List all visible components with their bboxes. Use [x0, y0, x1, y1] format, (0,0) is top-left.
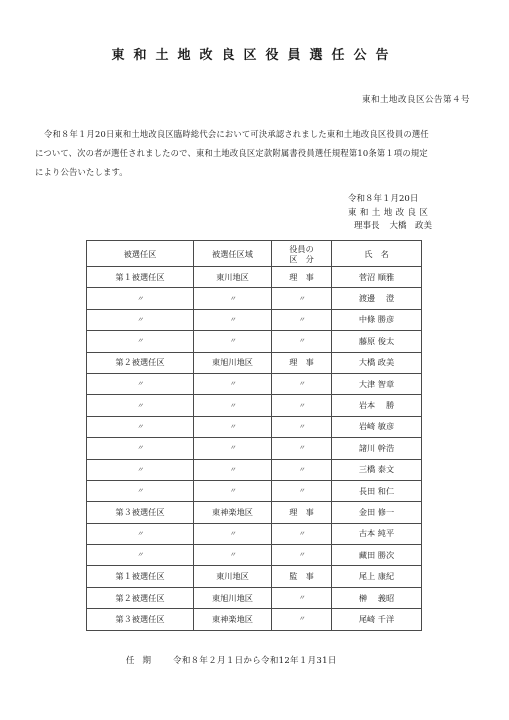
cell-name: 岩崎 敏彦	[332, 416, 422, 437]
cell-role: 監 事	[272, 566, 332, 587]
document-title: 東和土地改良区役員選任公告	[0, 44, 509, 63]
cell-area: 〃	[194, 373, 272, 394]
cell-area: 東旭川地区	[194, 352, 272, 373]
cell-role: 〃	[272, 309, 332, 330]
signature-date: 令和８年１月20日	[348, 193, 442, 207]
cell-role: 〃	[272, 459, 332, 480]
table-row: 第３被選任区東神楽地区〃尾崎 千洋	[87, 609, 422, 630]
cell-area: 〃	[194, 438, 272, 459]
cell-district: 〃	[87, 416, 194, 437]
signature-block: 令和８年１月20日 東和土地改良区 理事長大橋 政美	[348, 193, 442, 234]
term-value: 令和８年２月１日から令和12年１月31日	[173, 656, 337, 666]
cell-name: 菅沼 順雅	[332, 267, 422, 288]
header-district: 被選任区	[87, 241, 194, 267]
cell-role: 〃	[272, 609, 332, 630]
cell-name: 中條 勝彦	[332, 309, 422, 330]
cell-name: 藤原 俊太	[332, 331, 422, 352]
cell-role: 〃	[272, 373, 332, 394]
table-row: 〃〃〃大津 智章	[87, 373, 422, 394]
cell-role: 〃	[272, 288, 332, 309]
cell-district: 第３被選任区	[87, 609, 194, 630]
cell-name: 大橋 政美	[332, 352, 422, 373]
cell-name: 渡邊 澄	[332, 288, 422, 309]
signature-chair: 理事長大橋 政美	[348, 220, 442, 234]
cell-name: 藏田 勝次	[332, 545, 422, 566]
cell-district: 〃	[87, 523, 194, 544]
cell-role: 理 事	[272, 267, 332, 288]
cell-district: 第１被選任区	[87, 267, 194, 288]
cell-district: 〃	[87, 288, 194, 309]
term-of-office: 任期令和８年２月１日から令和12年１月31日	[126, 654, 337, 666]
signature-role: 理事長	[354, 221, 380, 231]
notice-number: 東和土地改良区公告第４号	[362, 93, 470, 105]
table-row: 第２被選任区東旭川地区理 事大橋 政美	[87, 352, 422, 373]
cell-role: 〃	[272, 480, 332, 501]
cell-role: 〃	[272, 395, 332, 416]
table-row: 第２被選任区東旭川地区〃榊 義昭	[87, 587, 422, 608]
table-row: 〃〃〃藏田 勝次	[87, 545, 422, 566]
cell-area: 〃	[194, 523, 272, 544]
table-row: 第３被選任区東神楽地区理 事金田 修一	[87, 502, 422, 523]
cell-area: 東神楽地区	[194, 502, 272, 523]
header-name: 氏 名	[332, 241, 422, 267]
cell-role: 〃	[272, 545, 332, 566]
cell-name: 尾崎 千洋	[332, 609, 422, 630]
table-row: 第１被選任区東川地区理 事菅沼 順雅	[87, 267, 422, 288]
notice-body: 令和８年１月20日東和土地改良区臨時総代会において可決承認されました東和土地改良…	[35, 125, 475, 182]
signature-name: 大橋 政美	[390, 221, 433, 231]
cell-role: 〃	[272, 331, 332, 352]
cell-name: 金田 修一	[332, 502, 422, 523]
cell-district: 〃	[87, 373, 194, 394]
cell-role: 〃	[272, 523, 332, 544]
term-label: 任期	[126, 656, 159, 666]
cell-area: 〃	[194, 416, 272, 437]
body-line: により公告いたします。	[35, 163, 475, 182]
cell-name: 諸川 幹浩	[332, 438, 422, 459]
cell-district: 〃	[87, 438, 194, 459]
body-line: 令和８年１月20日東和土地改良区臨時総代会において可決承認されました東和土地改良…	[35, 125, 475, 144]
cell-area: 〃	[194, 309, 272, 330]
cell-name: 榊 義昭	[332, 587, 422, 608]
cell-area: 〃	[194, 331, 272, 352]
table-row: 〃〃〃中條 勝彦	[87, 309, 422, 330]
table-row: 〃〃〃古本 純平	[87, 523, 422, 544]
cell-district: 第３被選任区	[87, 502, 194, 523]
cell-role: 理 事	[272, 502, 332, 523]
signature-organization: 東和土地改良区	[348, 207, 442, 221]
cell-area: 〃	[194, 545, 272, 566]
cell-name: 尾上 康紀	[332, 566, 422, 587]
cell-area: 〃	[194, 459, 272, 480]
cell-district: 〃	[87, 395, 194, 416]
table-row: 〃〃〃長田 和仁	[87, 480, 422, 501]
cell-district: 第２被選任区	[87, 352, 194, 373]
cell-area: 東川地区	[194, 566, 272, 587]
cell-role: 〃	[272, 416, 332, 437]
cell-district: 第２被選任区	[87, 587, 194, 608]
cell-district: 〃	[87, 331, 194, 352]
cell-role: 〃	[272, 587, 332, 608]
table-row: 〃〃〃岩本 勝	[87, 395, 422, 416]
cell-area: 〃	[194, 480, 272, 501]
cell-name: 長田 和仁	[332, 480, 422, 501]
cell-district: 〃	[87, 480, 194, 501]
cell-district: 〃	[87, 309, 194, 330]
cell-area: 東神楽地区	[194, 609, 272, 630]
table-row: 第１被選任区東川地区監 事尾上 康紀	[87, 566, 422, 587]
cell-name: 岩本 勝	[332, 395, 422, 416]
officer-table: 被選任区 被選任区域 役員の 区 分 氏 名 第１被選任区東川地区理 事菅沼 順…	[86, 240, 422, 631]
table-row: 〃〃〃三橋 泰文	[87, 459, 422, 480]
cell-area: 〃	[194, 288, 272, 309]
cell-area: 東川地区	[194, 267, 272, 288]
cell-area: 〃	[194, 395, 272, 416]
cell-district: 〃	[87, 459, 194, 480]
table-header-row: 被選任区 被選任区域 役員の 区 分 氏 名	[87, 241, 422, 267]
cell-role: 〃	[272, 438, 332, 459]
body-line: について、次の者が選任されましたので、東和土地改良区定款附属書役員選任規程第10…	[35, 144, 475, 163]
header-area: 被選任区域	[194, 241, 272, 267]
table-row: 〃〃〃藤原 俊太	[87, 331, 422, 352]
cell-name: 三橋 泰文	[332, 459, 422, 480]
cell-district: 第１被選任区	[87, 566, 194, 587]
cell-district: 〃	[87, 545, 194, 566]
table-row: 〃〃〃岩崎 敏彦	[87, 416, 422, 437]
cell-area: 東旭川地区	[194, 587, 272, 608]
cell-name: 大津 智章	[332, 373, 422, 394]
table-row: 〃〃〃渡邊 澄	[87, 288, 422, 309]
cell-name: 古本 純平	[332, 523, 422, 544]
table-row: 〃〃〃諸川 幹浩	[87, 438, 422, 459]
header-role: 役員の 区 分	[272, 241, 332, 267]
cell-role: 理 事	[272, 352, 332, 373]
